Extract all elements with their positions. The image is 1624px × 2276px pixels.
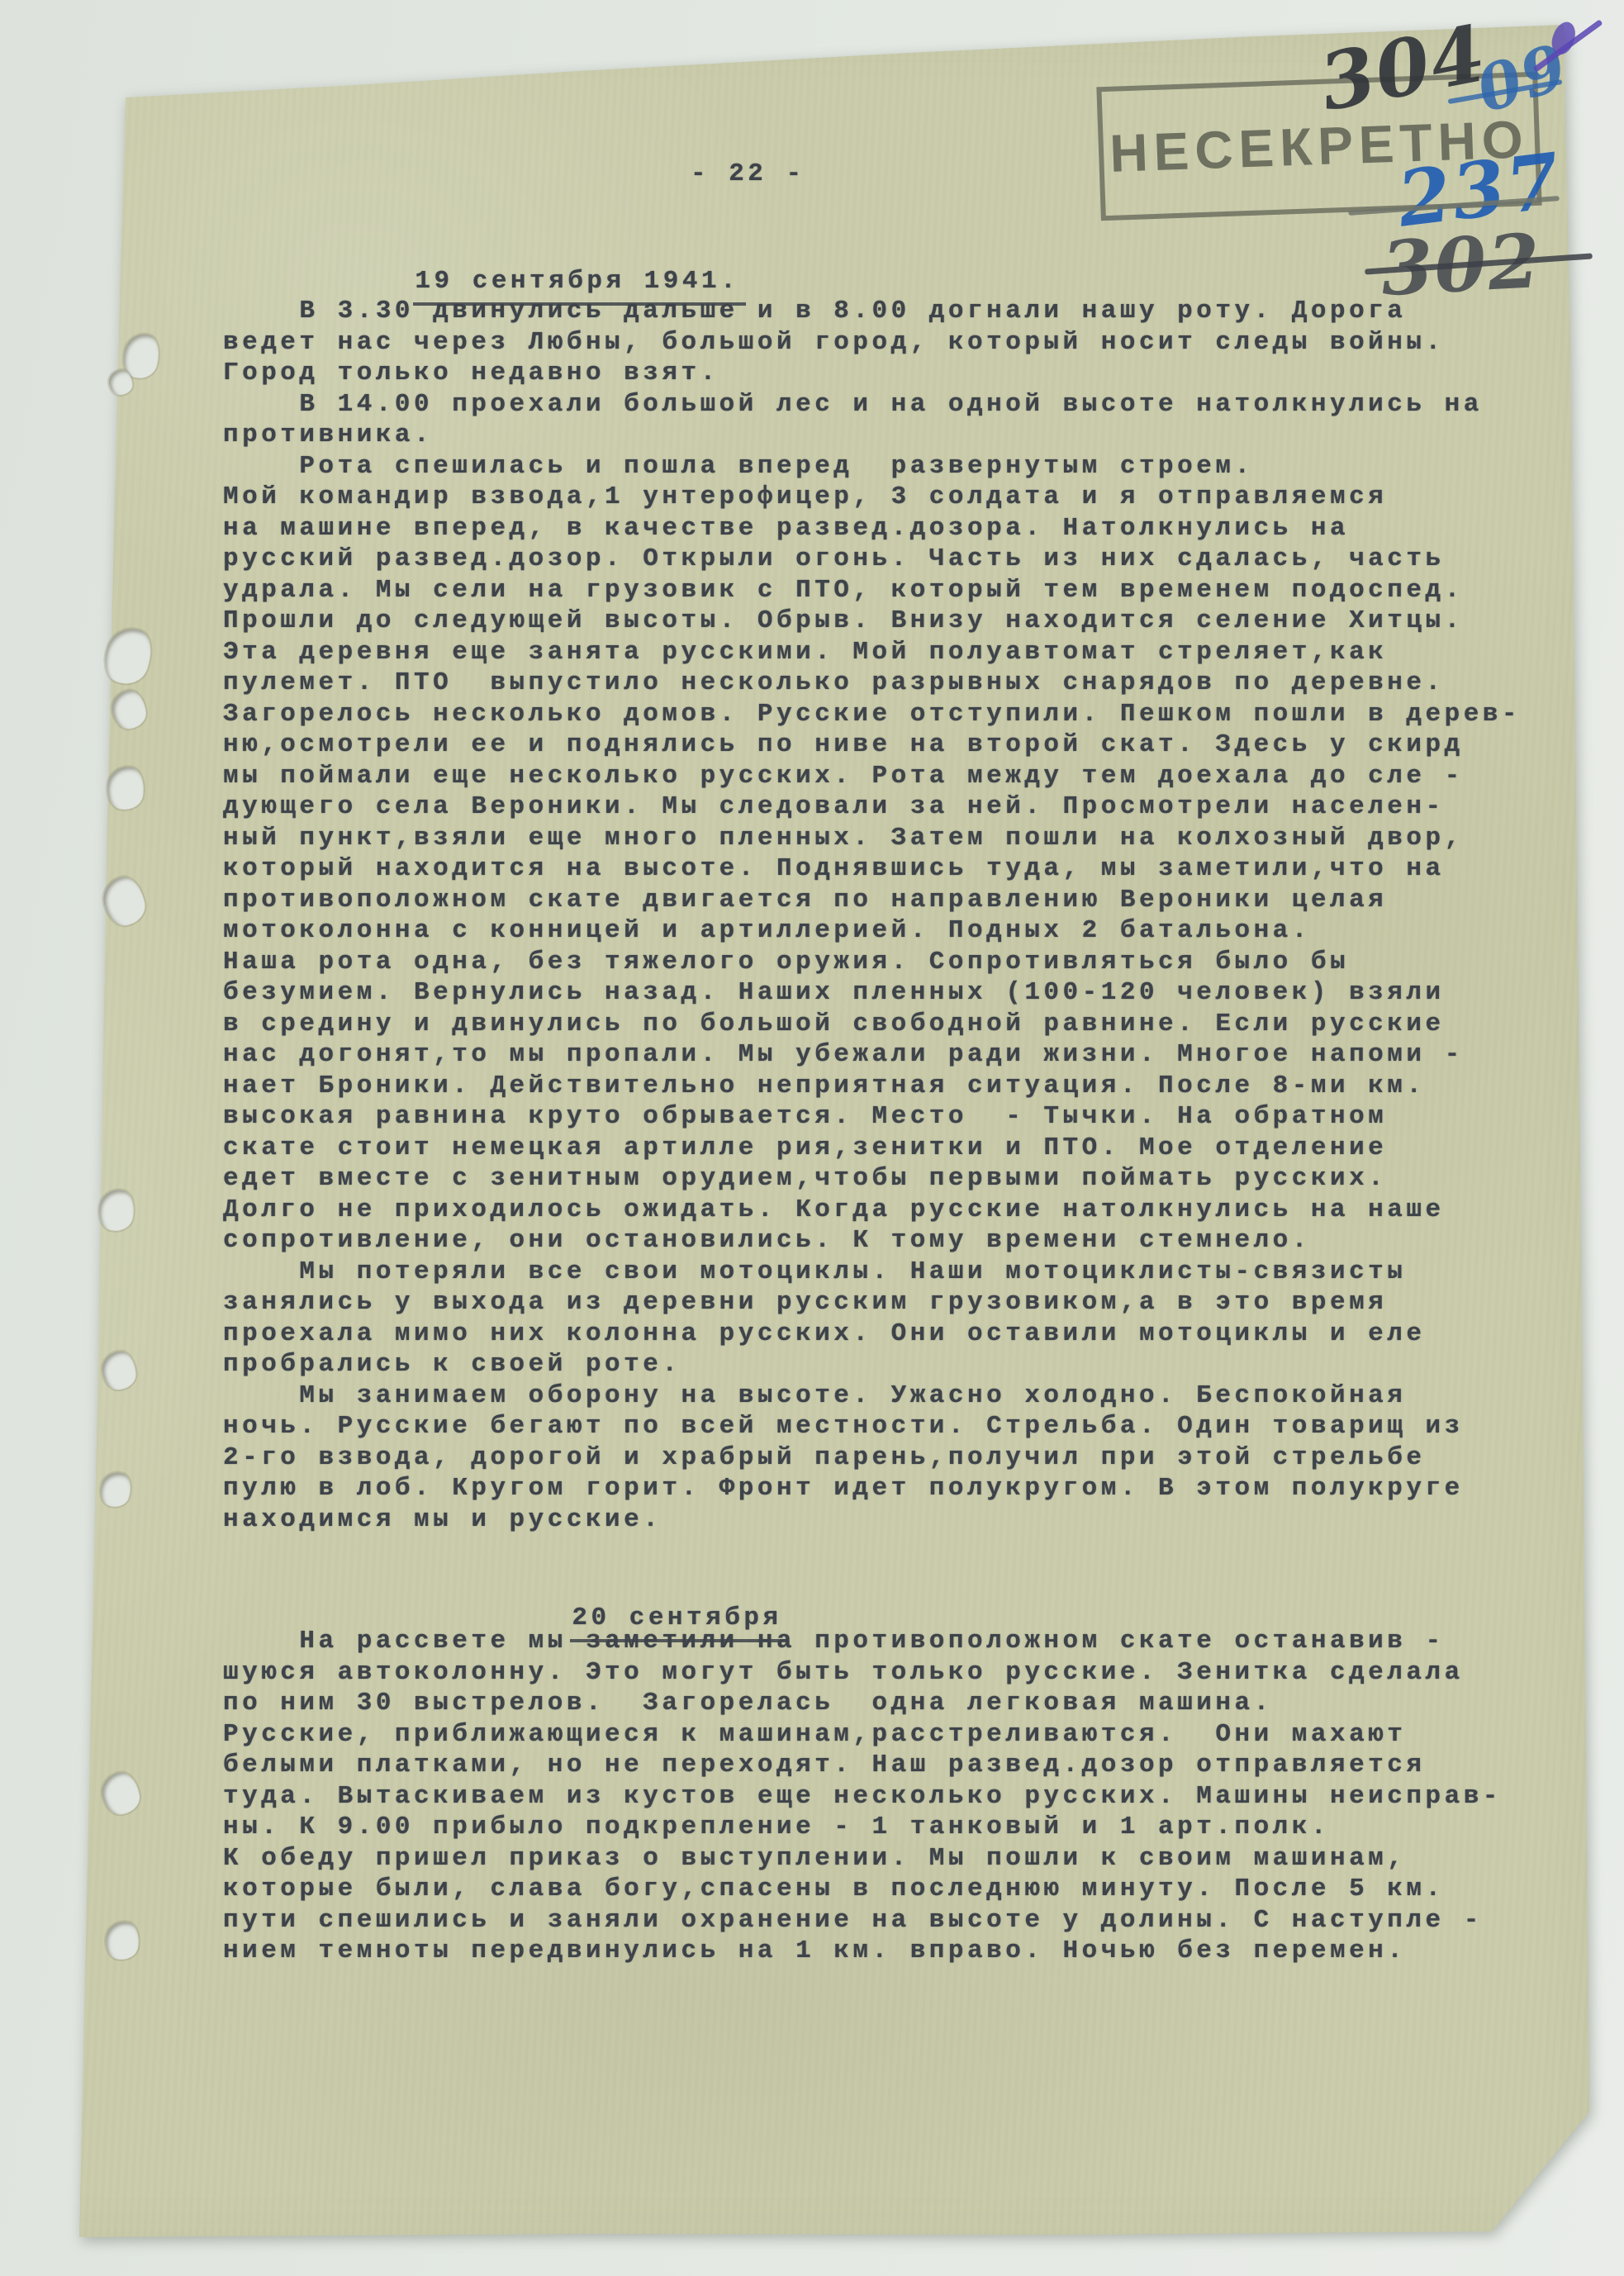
typewritten-line: нием темноты передвинулись на 1 км. впра… bbox=[223, 1936, 1502, 1967]
typewritten-line: ню,осмотрели ее и поднялись по ниве на в… bbox=[223, 729, 1521, 761]
typewritten-line: Мы занимаем оборону на высоте. Ужасно хо… bbox=[223, 1380, 1521, 1412]
typewritten-line: Загорелось несколько домов. Русские отст… bbox=[223, 699, 1521, 730]
typewritten-line: белыми платками, но не переходят. Наш ра… bbox=[223, 1750, 1502, 1781]
typewritten-line: противоположном скате двигается по напра… bbox=[223, 885, 1521, 916]
diary-entry-19-september: В 3.30 двинулись дальше и в 8.00 догнали… bbox=[223, 296, 1521, 1535]
typewritten-line: туда. Вытаскиваем из кустов еще нескольк… bbox=[223, 1781, 1502, 1813]
scanned-document-photo: НЕСЕКРЕТНО 304 09 237 302 - 22 - 19 сент… bbox=[0, 0, 1624, 2276]
typewritten-line: нас догонят,то мы пропали. Мы убежали ра… bbox=[223, 1039, 1521, 1071]
typewritten-line: В 3.30 двинулись дальше и в 8.00 догнали… bbox=[223, 296, 1521, 327]
typewritten-line: ный пункт,взяли еще много пленных. Затем… bbox=[223, 823, 1521, 854]
typewritten-line: удрала. Мы сели на грузовик с ПТО, котор… bbox=[223, 575, 1521, 606]
typewritten-line: дующего села Вероники. Мы следовали за н… bbox=[223, 791, 1521, 823]
typewritten-line: Долго не приходилось ожидать. Когда русс… bbox=[223, 1195, 1521, 1226]
typewritten-line: скате стоит немецкая артилле рия,зенитки… bbox=[223, 1133, 1521, 1164]
typewritten-line: ночь. Русские бегают по всей местности. … bbox=[223, 1411, 1521, 1442]
typewritten-line: занялись у выхода из деревни русским гру… bbox=[223, 1287, 1521, 1319]
typewritten-line: нает Броники. Действительно неприятная с… bbox=[223, 1071, 1521, 1102]
typewritten-line: высокая равнина круто обрывается. Место … bbox=[223, 1101, 1521, 1133]
typewritten-line: которые были, слава богу,спасены в после… bbox=[223, 1874, 1502, 1905]
typewritten-line: Прошли до следующей высоты. Обрыв. Внизу… bbox=[223, 606, 1521, 637]
typewritten-line: Эта деревня еще занята русскими. Мой пол… bbox=[223, 637, 1521, 668]
typewritten-line: Мой командир взвода,1 унтерофицер, 3 сол… bbox=[223, 482, 1521, 513]
typewritten-line: пути спешились и заняли охранение на выс… bbox=[223, 1905, 1502, 1936]
typewritten-line: на машине вперед, в качестве развед.дозо… bbox=[223, 513, 1521, 544]
typewritten-line: мы поймали еще несколько русских. Рота м… bbox=[223, 761, 1521, 792]
typewritten-line: ведет нас через Любны, большой город, ко… bbox=[223, 327, 1521, 359]
typewritten-line: Город только недавно взят. bbox=[223, 358, 1521, 389]
typewritten-line: безумием. Вернулись назад. Наших пленных… bbox=[223, 977, 1521, 1009]
typewritten-line: 2-го взвода, дорогой и храбрый парень,по… bbox=[223, 1442, 1521, 1474]
typewritten-line: который находится на высоте. Поднявшись … bbox=[223, 853, 1521, 885]
typewritten-line: по ним 30 выстрелов. Загорелась одна лег… bbox=[223, 1688, 1502, 1719]
typewritten-line: пулю в лоб. Кругом горит. Фронт идет пол… bbox=[223, 1473, 1521, 1504]
typewritten-line: Мы потеряли все свои мотоциклы. Наши мот… bbox=[223, 1257, 1521, 1288]
typewritten-line: проехала мимо них колонна русских. Они о… bbox=[223, 1319, 1521, 1350]
typewritten-line: противника. bbox=[223, 420, 1521, 451]
typewritten-line: В 14.00 проехали большой лес и на одной … bbox=[223, 389, 1521, 421]
typewritten-line: На рассвете мы заметили на противоположн… bbox=[223, 1626, 1502, 1657]
typewritten-line: ны. К 9.00 прибыло подкрепление - 1 танк… bbox=[223, 1812, 1502, 1843]
page-number: - 22 - bbox=[691, 159, 805, 190]
typewritten-line: русский развед.дозор. Открыли огонь. Час… bbox=[223, 544, 1521, 575]
typewritten-line: находимся мы и русские. bbox=[223, 1504, 1521, 1536]
typewritten-line: пулемет. ПТО выпустило несколько разрывн… bbox=[223, 668, 1521, 699]
typewritten-line: сопротивление, они остановились. К тому … bbox=[223, 1225, 1521, 1257]
typewritten-line: пробрались к своей роте. bbox=[223, 1349, 1521, 1380]
typewritten-line: К обеду пришел приказ о выступлении. Мы … bbox=[223, 1843, 1502, 1874]
typewritten-line: мотоколонна с конницей и артиллерией. По… bbox=[223, 915, 1521, 947]
typewritten-line: Наша рота одна, без тяжелого оружия. Соп… bbox=[223, 947, 1521, 978]
typewritten-line: шуюся автоколонну. Это могут быть только… bbox=[223, 1657, 1502, 1689]
diary-entry-20-september: На рассвете мы заметили на противоположн… bbox=[223, 1626, 1502, 1967]
typewritten-line: в средину и двинулись по большой свободн… bbox=[223, 1009, 1521, 1040]
typewritten-line: едет вместе с зенитным орудием,чтобы пер… bbox=[223, 1163, 1521, 1195]
typewritten-line: Рота спешилась и пошла вперед развернуты… bbox=[223, 451, 1521, 482]
typewritten-line: Русские, приближающиеся к машинам,расстр… bbox=[223, 1719, 1502, 1751]
